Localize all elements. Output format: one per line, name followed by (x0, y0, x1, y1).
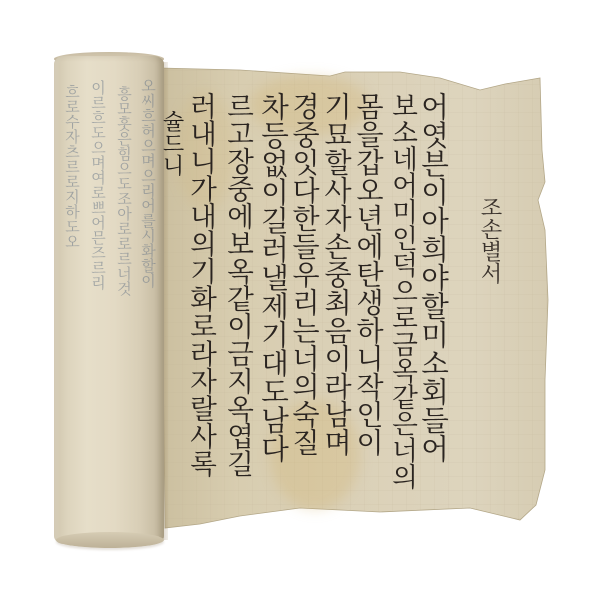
partial-text-column: 슐드니 (160, 110, 182, 176)
roll-text-column: 이르흐도으며여로쁘어믄즈르리 (90, 80, 105, 290)
roll-text-column: 흥모훗은힘으도조아로로르너것 (116, 86, 131, 296)
text-column-2: 보소네어미인덕으로금옥같은너의 (388, 92, 415, 490)
text-column-8: 러내니가내의기화로라자랄사록 (186, 92, 214, 477)
text-column-5: 경중잇다한들우리는너의숙질 (290, 92, 318, 456)
text-column-6: 차등없이길러낼제기대도남다 (258, 92, 287, 463)
text-column-7: 르고장중에보옥같이금지옥엽길 (223, 92, 251, 477)
text-column-1: 어엿븐이아희야할미소회들어 (418, 92, 447, 463)
text-column-4: 기묘할사자손중최음이라남며 (322, 92, 350, 456)
rolled-scroll: 오씨흐허으며으리어를시화할이 흥모훗은힘으도조아로로르너것 이르흐도으며여로쁘어… (54, 56, 164, 544)
roll-text-column: 오씨흐허으며으리어를시화할이 (140, 78, 155, 288)
roll-text-column: 흐로수자츠르로지하도오 (64, 84, 79, 249)
roll-bottom-edge (56, 532, 164, 548)
scroll-photo: 조손별서 어엿븐이아희야할미소회들어 보소네어미인덕으로금옥같은너의 몸을갑오년… (0, 0, 600, 604)
letter-title: 조손별서 (478, 196, 500, 284)
text-column-3: 몸을갑오년에탄생하니작인이 (354, 92, 382, 456)
